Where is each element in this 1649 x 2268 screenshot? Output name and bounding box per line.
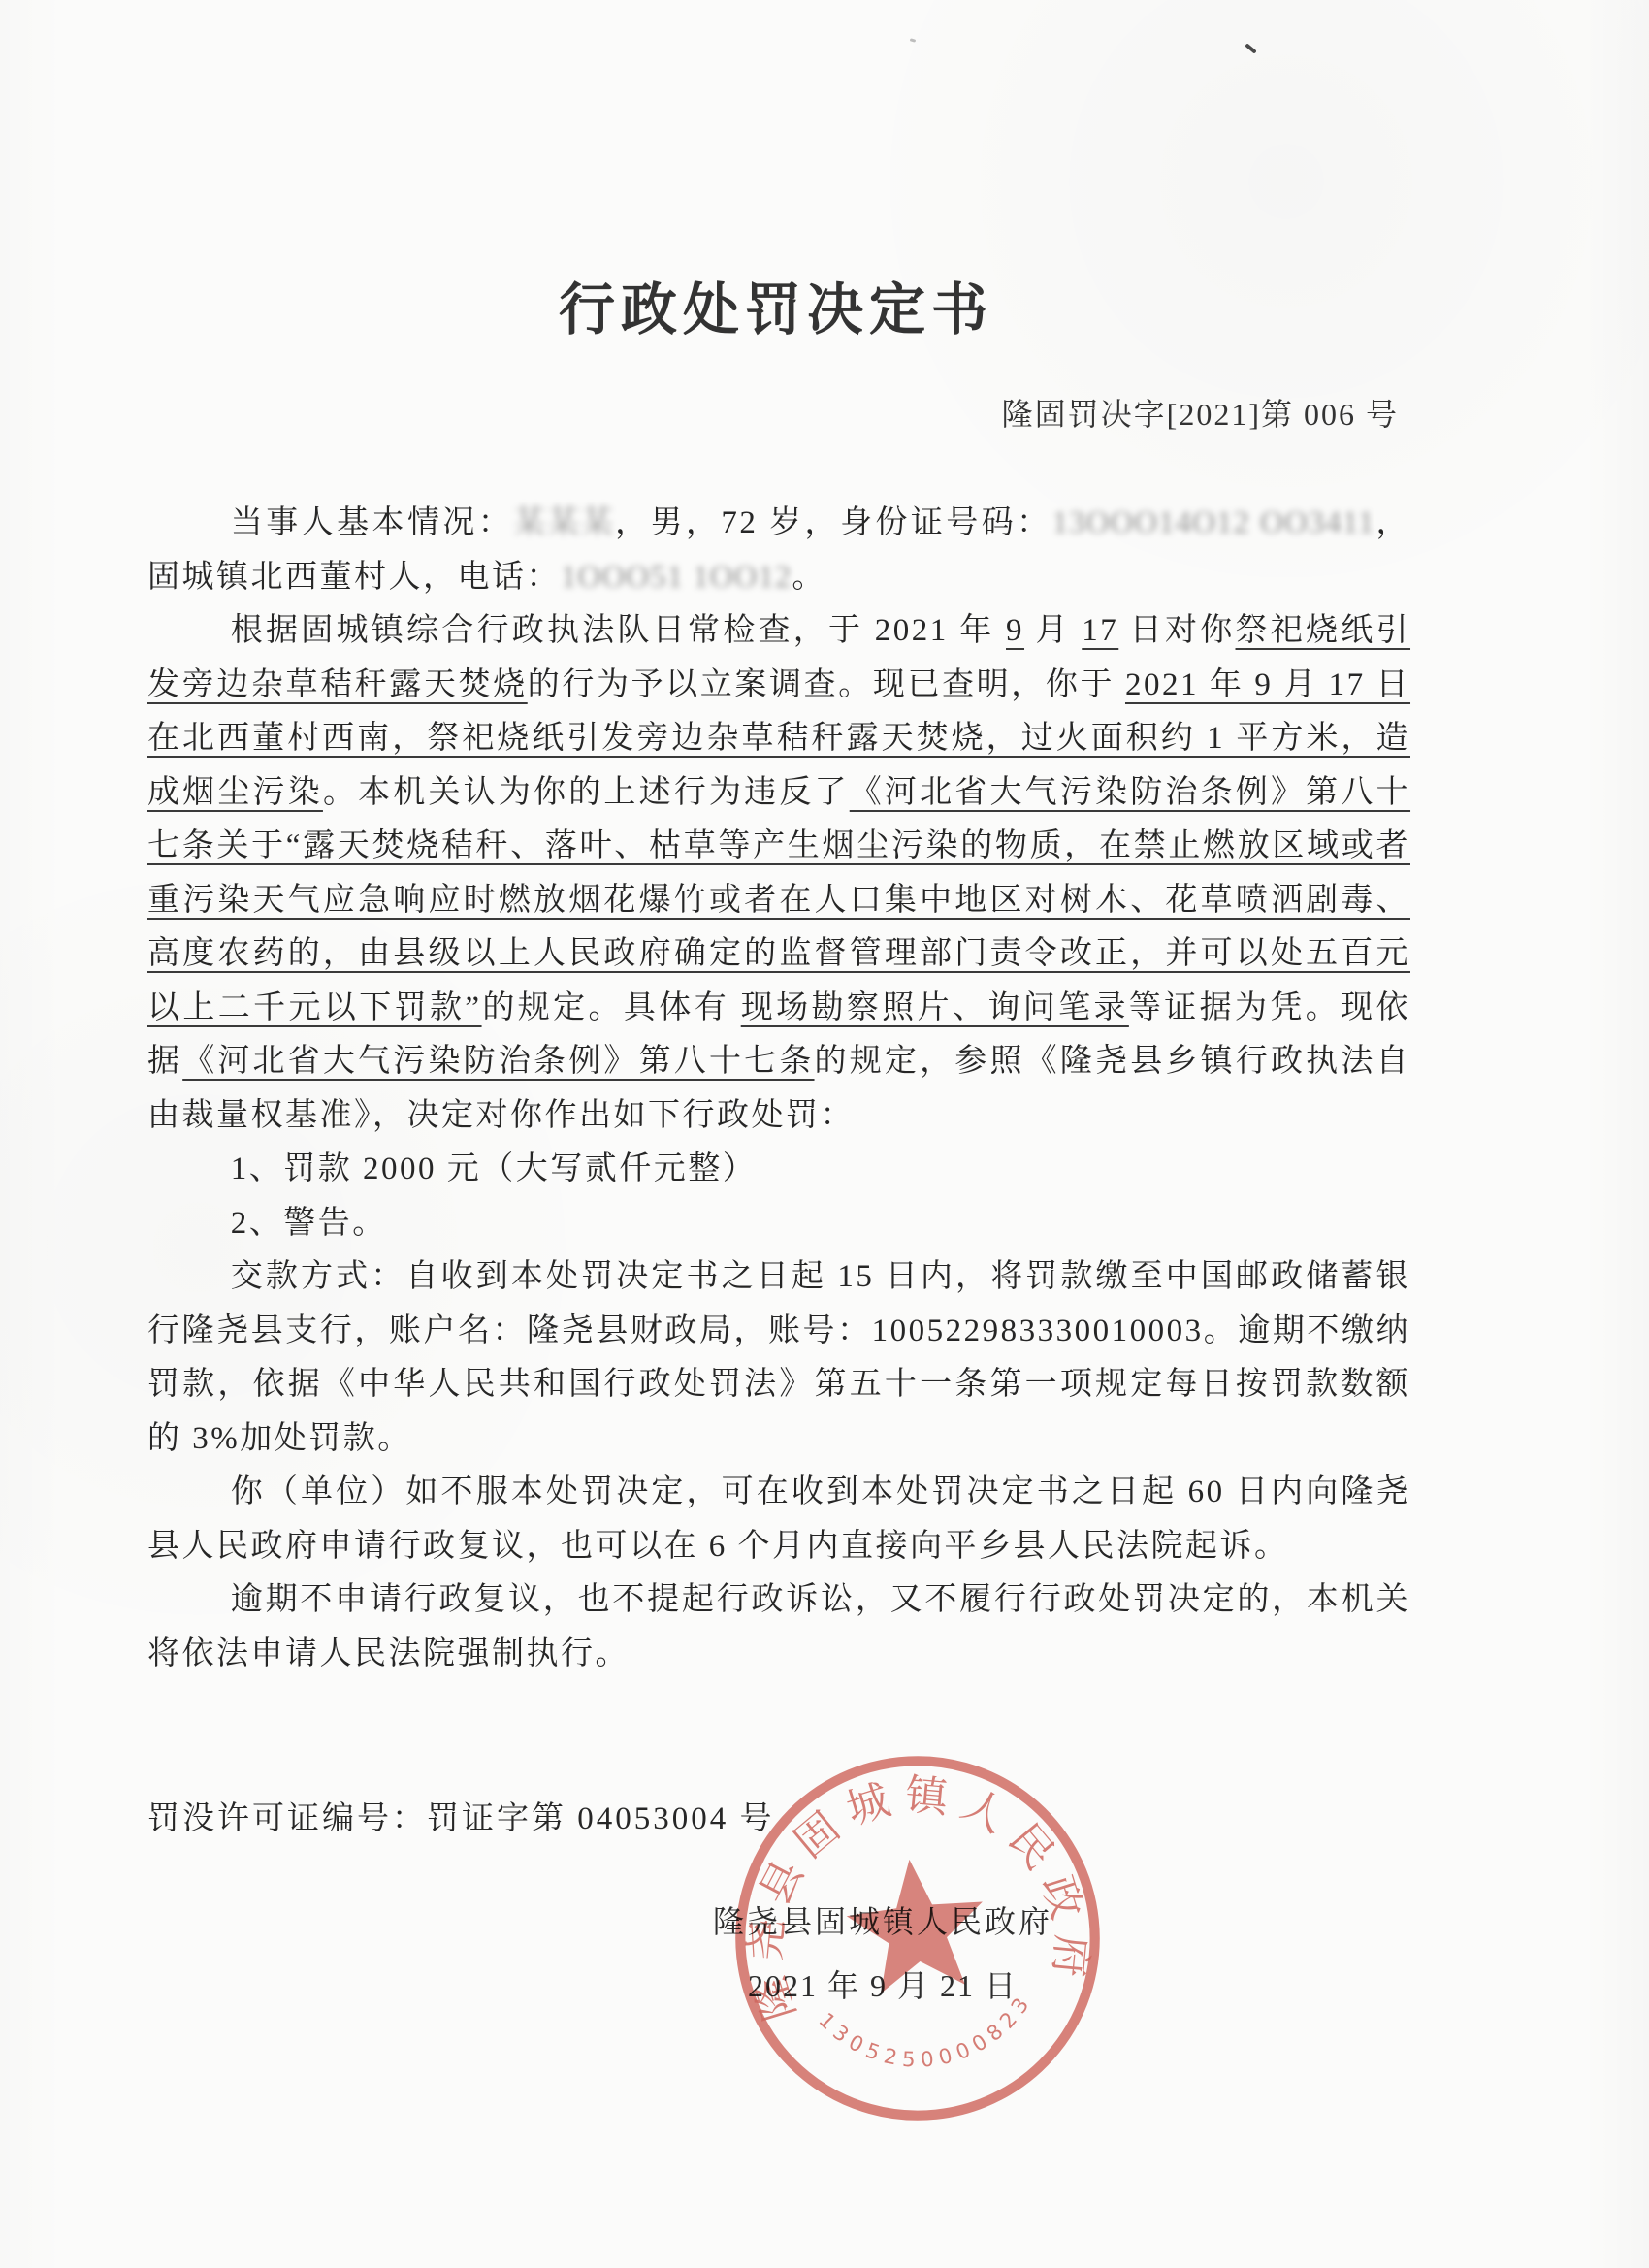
paragraph: 当事人基本情况：某某某，男，72 岁，身份证号码：13OOO14O12 OO34… bbox=[147, 497, 1410, 604]
seal-code: 1305250000823 bbox=[812, 1987, 1044, 2084]
paragraph: 根据固城镇综合行政执法队日常检查，于 2021 年 9 月 17 日对你祭祀烧纸… bbox=[147, 604, 1410, 1143]
paragraph: 2、警告。 bbox=[147, 1197, 1410, 1251]
paragraph: 你（单位）如不服本处罚决定，可在收到本处罚决定书之日起 60 日内向隆尧县人民政… bbox=[147, 1466, 1410, 1573]
scan-artifact bbox=[910, 38, 917, 42]
scanned-document-page: { "doc": { "title": "行政处罚决定书", "number":… bbox=[0, 0, 1649, 2268]
official-seal: 隆尧县固城镇人民政府 1305250000823 bbox=[700, 1721, 1135, 2155]
penalty-license-number: 罚没许可证编号：罚证字第 04053004 号 bbox=[147, 1793, 775, 1838]
redacted-text: 13OOO14O12 OO3411 bbox=[1052, 505, 1375, 540]
document-body: 当事人基本情况：某某某，男，72 岁，身份证号码：13OOO14O12 OO34… bbox=[147, 497, 1410, 1681]
paragraph: 逾期不申请行政复议，也不提起行政诉讼，又不履行行政处罚决定的，本机关将依法申请人… bbox=[147, 1573, 1410, 1681]
redacted-text: 某某某 bbox=[513, 505, 615, 540]
paragraph: 交款方式：自收到本处罚决定书之日起 15 日内，将罚款缴至中国邮政储蓄银行隆尧县… bbox=[147, 1250, 1410, 1466]
paragraph: 1、罚款 2000 元（大写贰仟元整） bbox=[147, 1143, 1410, 1197]
seal-star-icon bbox=[841, 1852, 990, 1995]
document-number: 隆固罚决字[2021]第 006 号 bbox=[1002, 390, 1399, 435]
svg-text:1305250000823: 1305250000823 bbox=[812, 1987, 1044, 2084]
redacted-text: 1OOO51 1OO12 bbox=[561, 560, 792, 595]
page-title: 行政处罚决定书 bbox=[0, 264, 1552, 345]
scan-artifact bbox=[1245, 43, 1257, 53]
